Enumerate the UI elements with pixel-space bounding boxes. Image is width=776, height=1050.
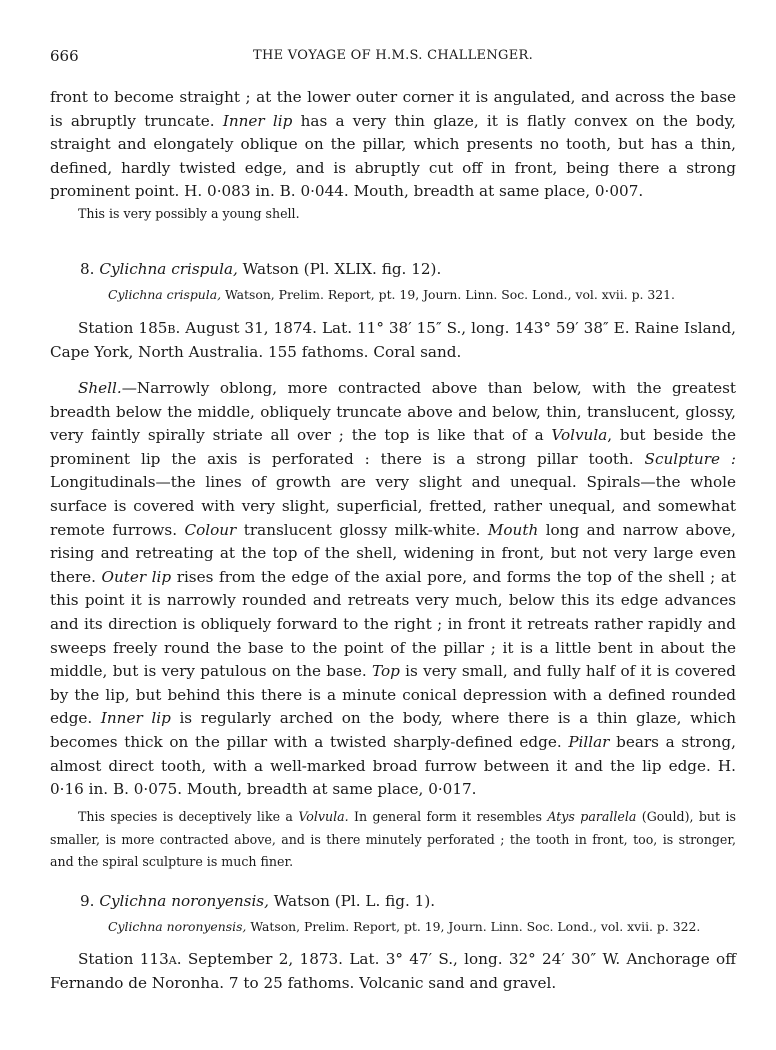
- species-number: 9.: [80, 892, 95, 910]
- species-synonym: Cylichna crispula, Watson, Prelim. Repor…: [50, 285, 736, 305]
- species-name: Cylichna crispula,: [99, 260, 238, 278]
- term-outer-lip: Outer lip: [102, 568, 172, 586]
- term-inner-lip: Inner lip: [223, 112, 293, 130]
- species-9-station: Station 113a. September 2, 1873. Lat. 3°…: [50, 947, 736, 995]
- species-number: 8.: [80, 260, 95, 278]
- term-shell: Shell.: [78, 379, 122, 397]
- species-9-heading: 9. Cylichna noronyensis, Watson (Pl. L. …: [50, 890, 736, 937]
- term-pillar: Pillar: [568, 733, 609, 751]
- continuation-text: front to become straight ; at the lower …: [50, 86, 736, 204]
- species-author-plate: Watson (Pl. XLIX. fig. 12).: [238, 260, 441, 278]
- species-author-plate: Watson (Pl. L. fig. 1).: [269, 892, 435, 910]
- term-sculpture: Sculpture :: [645, 450, 736, 468]
- species-8-heading: 8. Cylichna crispula, Watson (Pl. XLIX. …: [50, 258, 736, 305]
- running-title: THE VOYAGE OF H.M.S. CHALLENGER.: [50, 48, 736, 63]
- species-synonym: Cylichna noronyensis, Watson, Prelim. Re…: [50, 917, 736, 937]
- species-8-station: Station 185b. August 31, 1874. Lat. 11° …: [50, 316, 736, 364]
- term-inner-lip: Inner lip: [101, 709, 171, 727]
- term-top: Top: [372, 662, 400, 680]
- species-8-remark: This species is deceptively like a Volvu…: [50, 806, 736, 874]
- term-mouth: Mouth: [488, 521, 538, 539]
- young-shell-note: This is very possibly a young shell.: [50, 203, 736, 226]
- document-page: 666 THE VOYAGE OF H.M.S. CHALLENGER. fro…: [0, 0, 776, 1050]
- term-colour: Colour: [185, 521, 237, 539]
- species-8-description: Shell.—Narrowly oblong, more contracted …: [50, 377, 736, 802]
- running-head: 666 THE VOYAGE OF H.M.S. CHALLENGER.: [50, 47, 736, 69]
- continuation-paragraph: front to become straight ; at the lower …: [50, 86, 736, 204]
- species-name: Cylichna noronyensis,: [99, 892, 269, 910]
